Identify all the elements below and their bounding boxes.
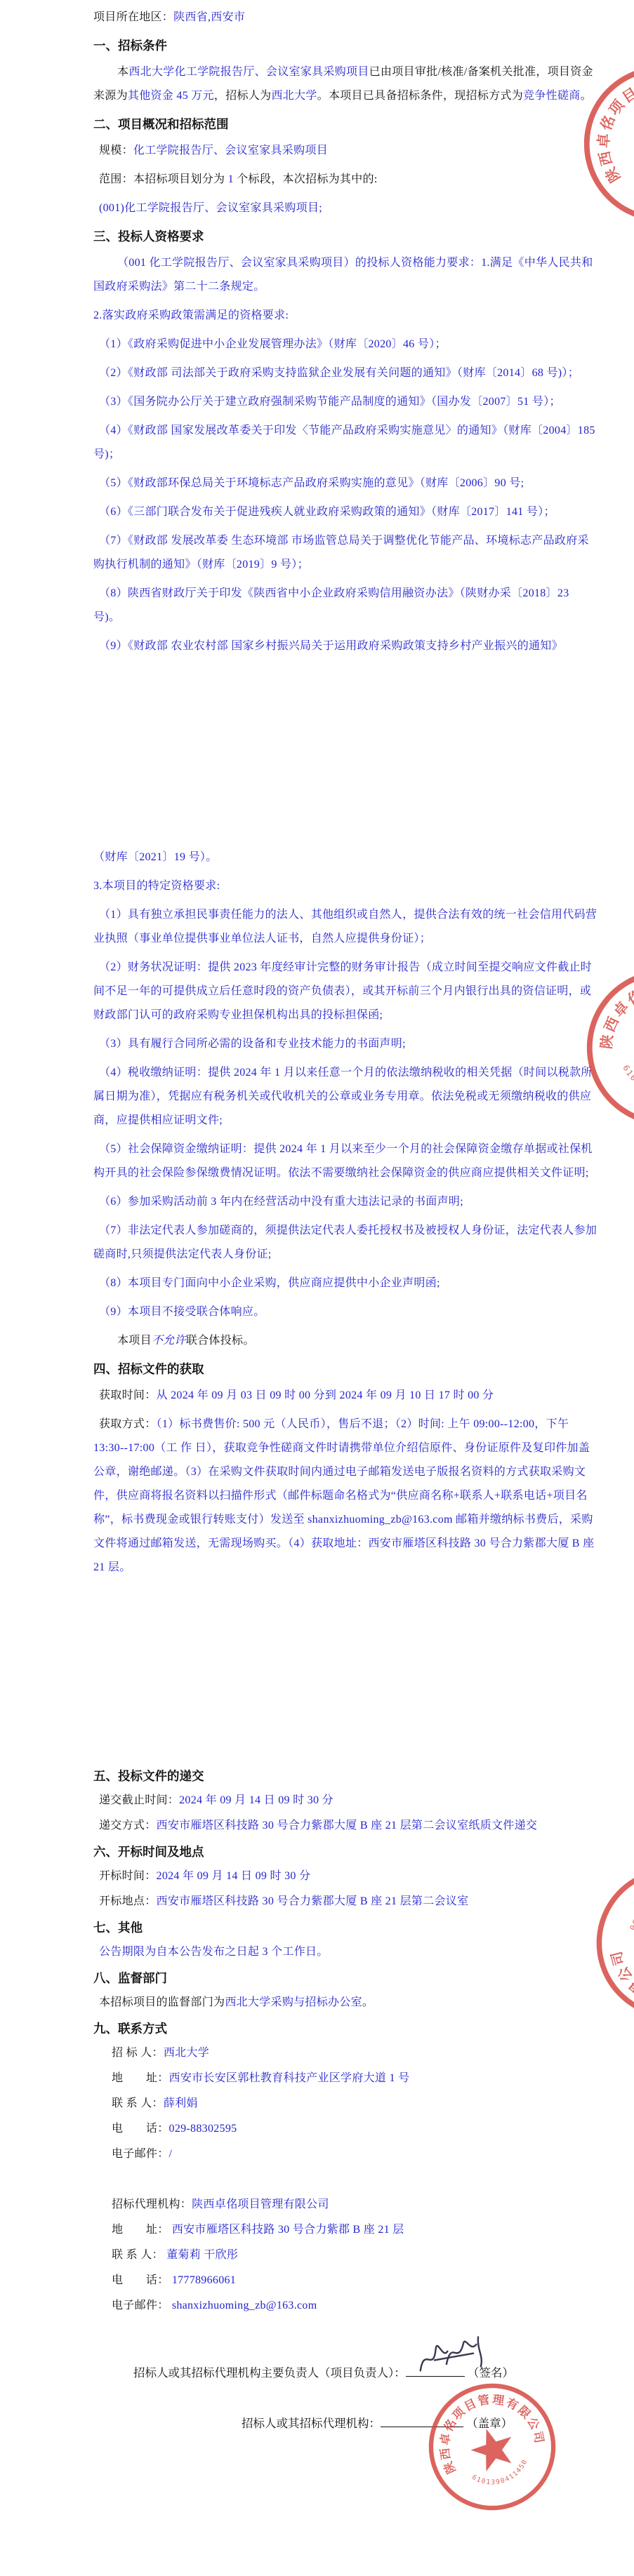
open-time-line: 开标时间：2024 年 09 月 14 日 09 时 30 分 — [93, 1865, 597, 1888]
no-consortium-line: 本项目不允许联合体投标。 — [93, 1329, 597, 1353]
tenderer-contact-person-line: 联 系 人：薛利娟 — [112, 2093, 597, 2115]
policy-item-6: （6）《三部门联合发布关于促进残疾人就业政府采购政策的通知》（财库〔2017〕1… — [93, 500, 597, 524]
contact-block: 招 标 人：西北大学 地 址：西安市长安区郭杜教育科技产业区学府大道 1 号 联… — [93, 2042, 597, 2317]
policy-item-8: （8）陕西省财政厅关于印发《陕西省中小企业政府采购信用融资办法》（陕财办采〔20… — [93, 582, 597, 629]
qualification-intro: （001 化工学院报告厅、会议室家具采购项目）的投标人资格能力要求：1.满足《中… — [93, 251, 597, 299]
specific-item-2: （2）财务状况证明：提供 2023 年度经审计完整的财务审计报告（成立时间至提交… — [93, 956, 597, 1027]
agency-email-line: 电子邮件： shanxizhuoming_zb@163.com — [112, 2295, 597, 2317]
tender-announcement-document: 陕西卓佲项目管理有限公司 6101390411450 项目所在地区：陕西省,西安… — [0, 0, 634, 2576]
policy-item-4: （4）《财政部 国家发展改革委关于印发〈节能产品政府采购实施意见〉的通知》（财库… — [93, 419, 597, 467]
company-seal-stamp-bottom — [425, 2380, 559, 2514]
company-seal-stamp-middle-right — [583, 966, 634, 1130]
page-break-gap-2 — [0, 1614, 634, 1765]
submit-deadline-line: 递交截止时间：2024 年 09 月 14 日 09 时 30 分 — [93, 1789, 597, 1812]
submit-way-line: 递交方式：西安市雁塔区科技路 30 号合力紫郡大厦 B 座 21 层第二会议室纸… — [93, 1815, 597, 1837]
agency-contact-person-line: 联 系 人： 董菊莉 干欣彤 — [112, 2244, 597, 2267]
policy-item-1: （1）《政府采购促进中小企业发展管理办法》（财库〔2020〕46 号）； — [93, 333, 597, 356]
policy-item-3: （3）《国务院办公厅关于建立政府强制采购节能产品制度的通知》（国办发〔2007〕… — [93, 390, 597, 414]
specific-item-6: （6）参加采购活动前 3 年内在经营活动中没有重大违法记录的书面声明; — [93, 1190, 597, 1214]
scope-line: 范围：本招标项目划分为 1 个标段，本次招标为其中的: — [93, 168, 597, 192]
document-section-bottom: 五、投标文件的递交 递交截止时间：2024 年 09 月 14 日 09 时 3… — [0, 1767, 634, 2320]
document-section-middle: （财库〔2021〕19 号）。 3.本项目的特定资格要求: （1）具有独立承担民… — [0, 846, 634, 1584]
signature-blank-line — [406, 2366, 465, 2377]
project-location-line: 项目所在地区：陕西省,西安市 — [93, 6, 597, 29]
signature-row-label: 招标人或其招标代理机构主要负责人（项目负责人）： — [133, 2366, 406, 2380]
responsible-person-signature-row: 招标人或其招标代理机构主要负责人（项目负责人）： （签名） — [133, 2363, 514, 2380]
document-section-top: 项目所在地区：陕西省,西安市 一、招标条件 本西北大学化工学院报告厅、会议室家具… — [0, 6, 634, 663]
heading-1-bid-conditions: 一、招标条件 — [93, 36, 597, 55]
heading-2-project-overview: 二、项目概况和招标范围 — [93, 115, 597, 133]
contact-block-spacer — [112, 2168, 597, 2194]
policy-item-2: （2）《财政部 司法部关于政府采购支持监狱企业发展有关问题的通知》（财库〔201… — [93, 361, 597, 385]
specific-item-8: （8）本项目专门面向中小企业采购，供应商应提供中小企业声明函; — [93, 1272, 597, 1295]
tenderer-name-line: 招 标 人：西北大学 — [112, 2042, 597, 2064]
company-seal-stamp-lower-right — [593, 1864, 634, 2022]
agency-phone-line: 电 话： 17778966061 — [112, 2269, 597, 2292]
open-place-line: 开标地点：西安市雁塔区科技路 30 号合力紫郡大厦 B 座 21 层第二会议室 — [93, 1890, 597, 1913]
announcement-period-line: 公告期限为自本公告发布之日起 3 个工作日。 — [93, 1941, 597, 1963]
specific-item-7: （7）非法定代表人参加磋商的，须提供法定代表人委托授权书及被授权人身份证，法定代… — [93, 1219, 597, 1267]
policy-requirements-head: 2.落实政府采购政策需满足的资格要求: — [93, 304, 597, 328]
tenderer-phone-line: 电 话：029-88302595 — [112, 2118, 597, 2140]
policy-item-5: （5）《财政部环保总局关于环境标志产品政府采购实施的意见》（财库〔2006〕90… — [93, 472, 597, 495]
heading-8-supervision: 八、监督部门 — [93, 1969, 597, 1987]
heading-4-document-obtaining: 四、招标文件的获取 — [93, 1360, 597, 1378]
obtain-time-line: 获取时间：从 2024 年 09 月 03 日 09 时 00 分到 2024 … — [93, 1384, 597, 1408]
page-break-gap-1 — [0, 716, 634, 846]
heading-7-other: 七、其他 — [93, 1918, 597, 1937]
caiku-2021-19-line: （财库〔2021〕19 号）。 — [93, 846, 597, 869]
tenderer-address-line: 地 址：西安市长安区郭杜教育科技产业区学府大道 1 号 — [112, 2067, 597, 2090]
policy-item-7: （7）《财政部 发展改革委 生态环境部 市场监管总局关于调整优化节能产品、环境标… — [93, 529, 597, 577]
tenderer-email-line: 电子邮件：/ — [112, 2143, 597, 2165]
specific-item-9: （9）本项目不接受联合体响应。 — [93, 1300, 597, 1324]
supervisor-line: 本招标项目的监督部门为西北大学采购与招标办公室。 — [93, 1991, 597, 2014]
scale-line: 规模：化工学院报告厅、会议室家具采购项目 — [93, 139, 597, 163]
agency-address-line: 地 址： 西安市雁塔区科技路 30 号合力紫郡 B 座 21 层 — [112, 2219, 597, 2241]
heading-6-bid-opening: 六、开标时间及地点 — [93, 1843, 597, 1861]
heading-9-contact-info: 九、联系方式 — [93, 2020, 597, 2038]
agency-name-line: 招标代理机构：陕西卓佲项目管理有限公司 — [112, 2194, 597, 2216]
obtain-way-paragraph: 获取方式：（1）标书费售价: 500 元（人民币），售后不退；（2）时间: 上午… — [93, 1413, 597, 1580]
stamp-row-label: 招标人或其招标代理机构： — [242, 2417, 381, 2430]
heading-3-bidder-qualifications: 三、投标人资格要求 — [93, 227, 597, 246]
specific-item-3: （3）具有履行合同所必需的设备和专业技术能力的书面声明; — [93, 1032, 597, 1056]
specific-item-4: （4）税收缴纳证明：提供 2024 年 1 月以来任意一个月的依法缴纳税收的相关… — [93, 1061, 597, 1133]
specific-item-5: （5）社会保障资金缴纳证明：提供 2024 年 1 月以来至少一个月的社会保障资… — [93, 1137, 597, 1185]
bid-conditions-paragraph: 本西北大学化工学院报告厅、会议室家具采购项目已由项目审批/核准/备案机关批准，项… — [93, 60, 597, 108]
specific-item-1: （1）具有独立承担民事责任能力的法人、其他组织或自然人，提供合法有效的统一社会信… — [93, 903, 597, 951]
company-seal-stamp-top-right — [580, 62, 634, 226]
specific-requirements-head: 3.本项目的特定资格要求: — [93, 874, 597, 898]
lot-line: (001)化工学院报告厅、会议室家具采购项目; — [93, 196, 597, 220]
heading-5-bid-submission: 五、投标文件的递交 — [93, 1767, 597, 1785]
policy-item-9: （9）《财政部 农业农村部 国家乡村振兴局关于运用政府采购政策支持乡村产业振兴的… — [93, 634, 597, 658]
